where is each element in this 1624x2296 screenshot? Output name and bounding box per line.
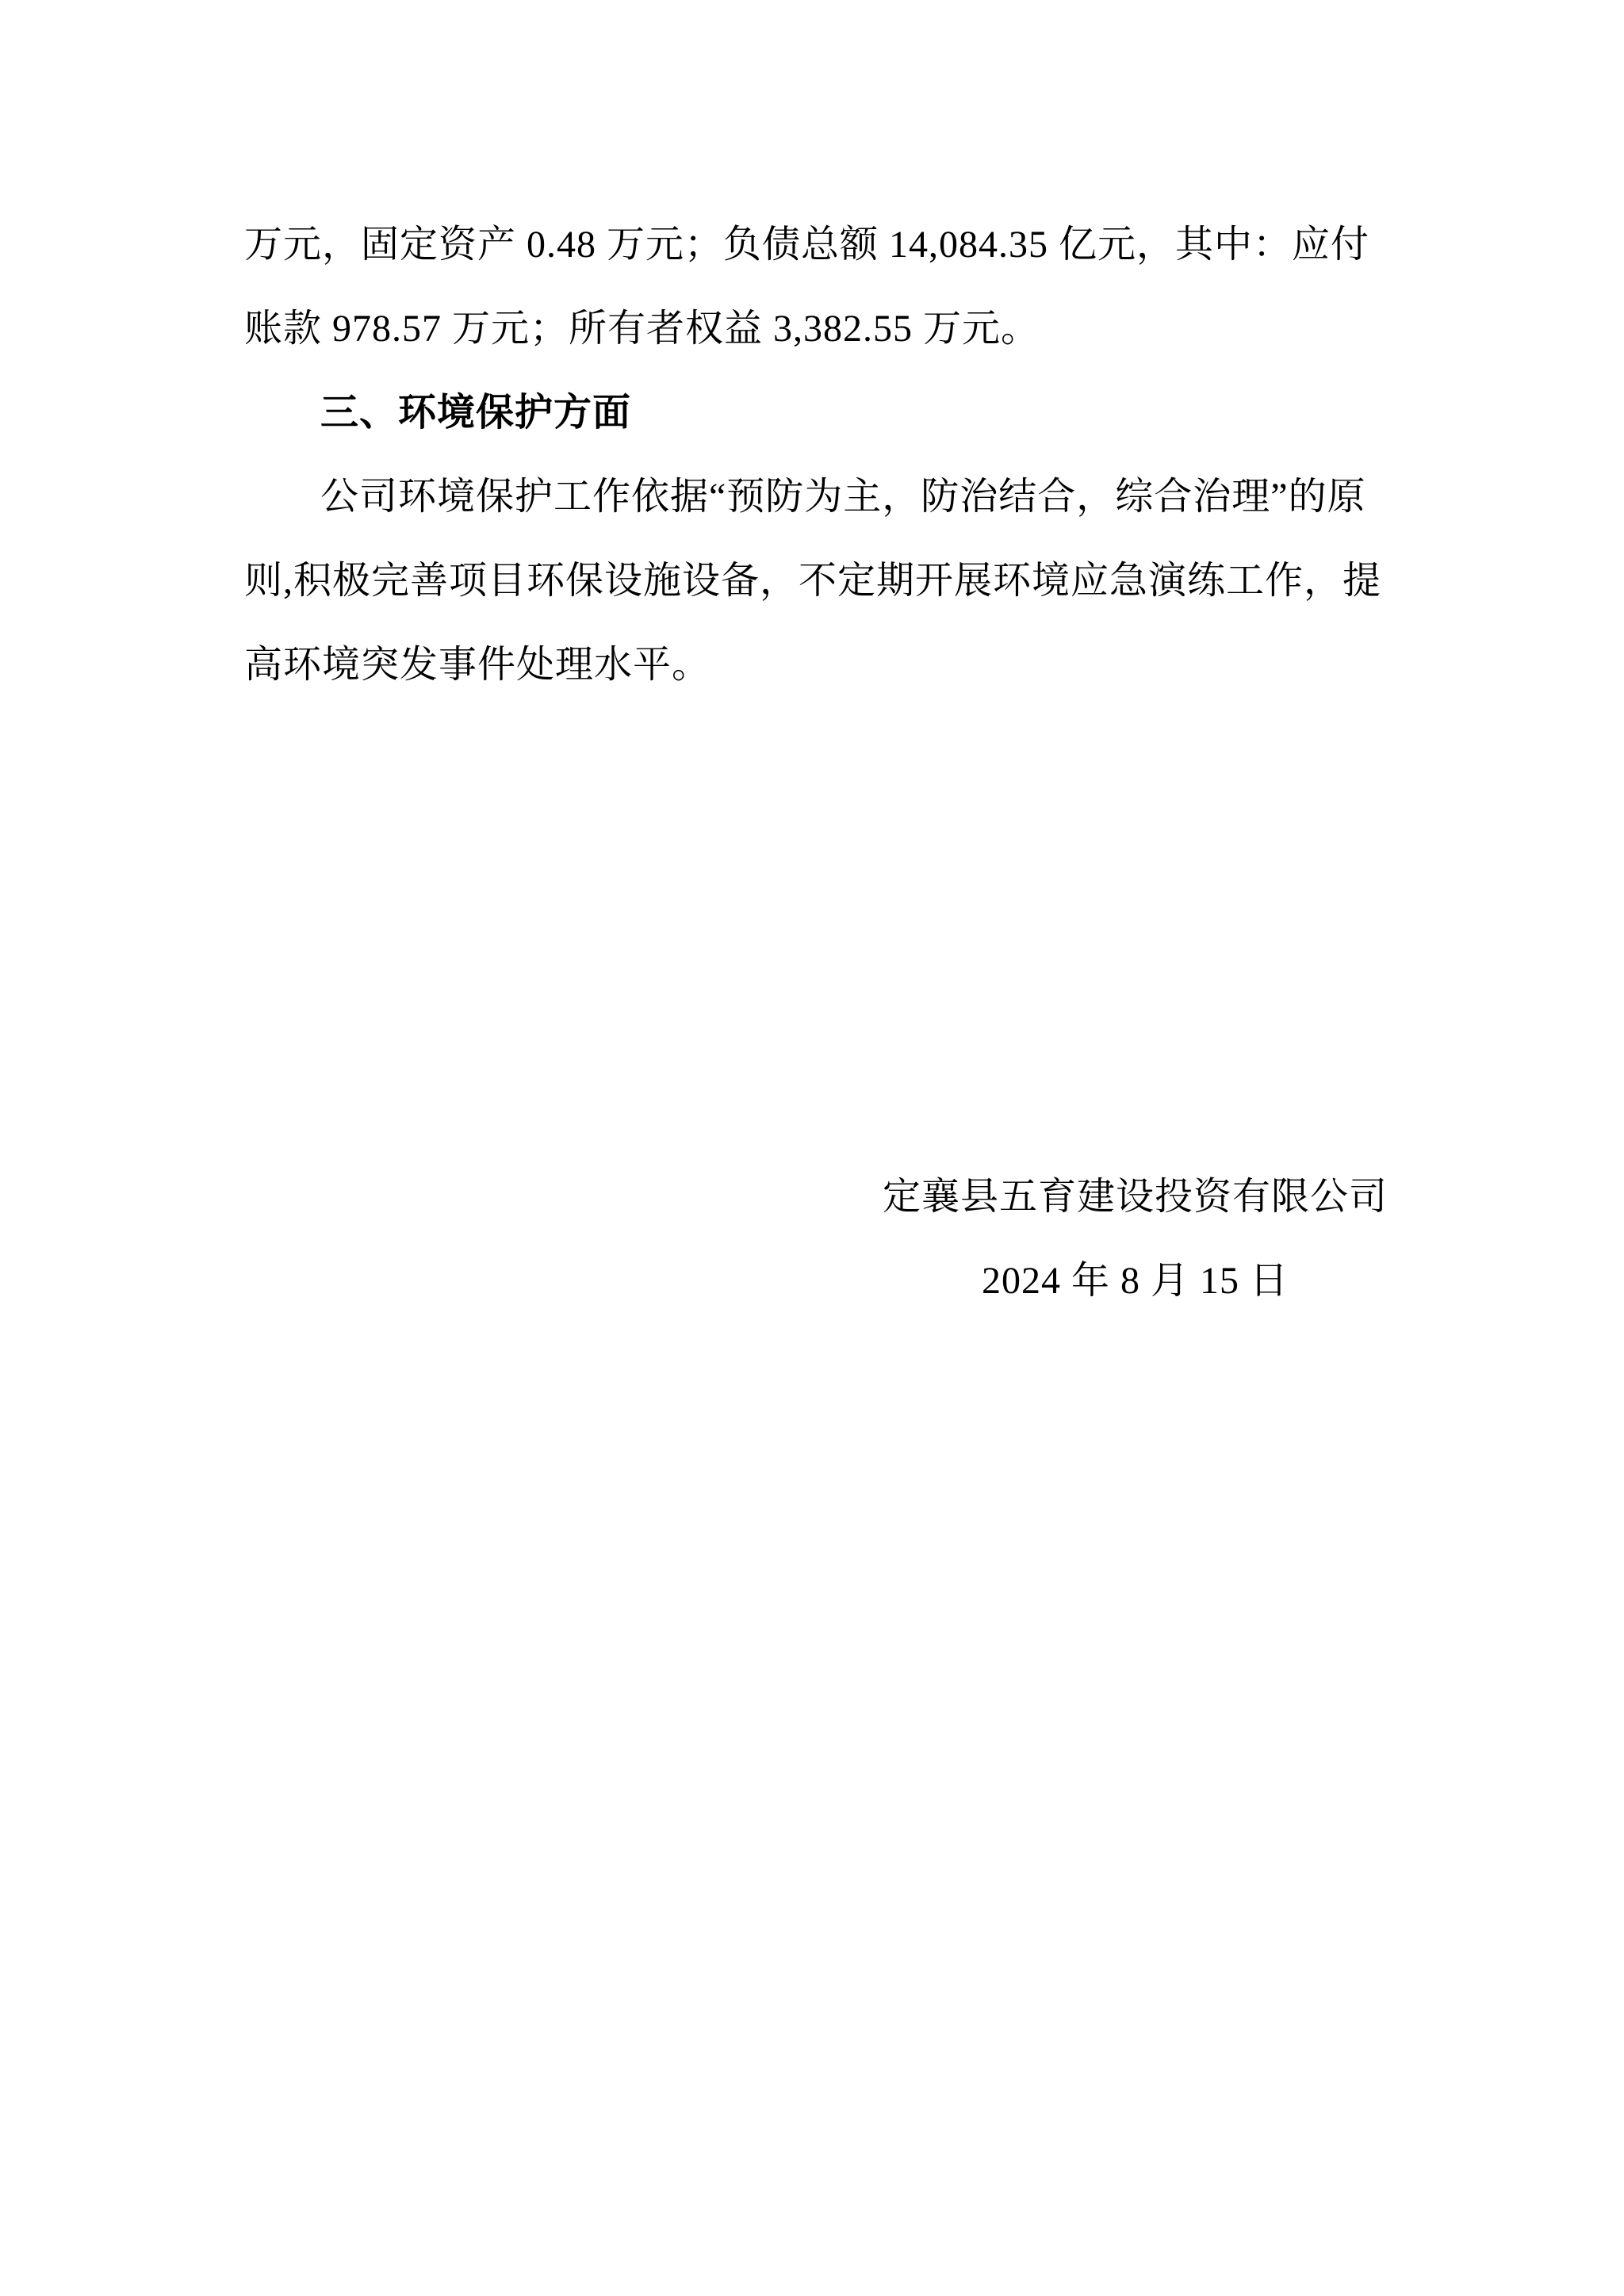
- text-line-financial-2: 账款 978.57 万元；所有者权益 3,382.55 万元。: [244, 287, 1397, 371]
- section-heading-text: 三、环境保护方面: [244, 371, 1397, 455]
- document-content: 万元，固定资产 0.48 万元；负债总额 14,084.35 亿元，其中：应付 …: [0, 0, 1624, 1323]
- signature-inner: 定襄县五育建设投资有限公司 2024 年 8 月 15 日: [883, 1155, 1388, 1323]
- text-line-financial-1: 万元，固定资产 0.48 万元；负债总额 14,084.35 亿元，其中：应付: [244, 203, 1397, 287]
- document-page: 万元，固定资产 0.48 万元；负债总额 14,084.35 亿元，其中：应付 …: [0, 0, 1624, 2296]
- signature-date: 2024 年 8 月 15 日: [883, 1239, 1388, 1323]
- text-line-environment-1: 公司环境保护工作依据“预防为主，防治结合，综合治理”的原: [244, 455, 1397, 539]
- section-heading-environment: 三、环境保护方面: [244, 371, 1397, 455]
- signature-block: 定襄县五育建设投资有限公司 2024 年 8 月 15 日: [244, 1155, 1397, 1323]
- paragraph-financial-continuation: 万元，固定资产 0.48 万元；负债总额 14,084.35 亿元，其中：应付 …: [244, 203, 1397, 371]
- paragraph-environment: 公司环境保护工作依据“预防为主，防治结合，综合治理”的原 则,积极完善项目环保设…: [244, 455, 1397, 707]
- text-line-environment-3: 高环境突发事件处理水平。: [244, 623, 1397, 707]
- signature-company-name: 定襄县五育建设投资有限公司: [883, 1155, 1388, 1239]
- text-line-environment-2: 则,积极完善项目环保设施设备，不定期开展环境应急演练工作，提: [244, 539, 1397, 623]
